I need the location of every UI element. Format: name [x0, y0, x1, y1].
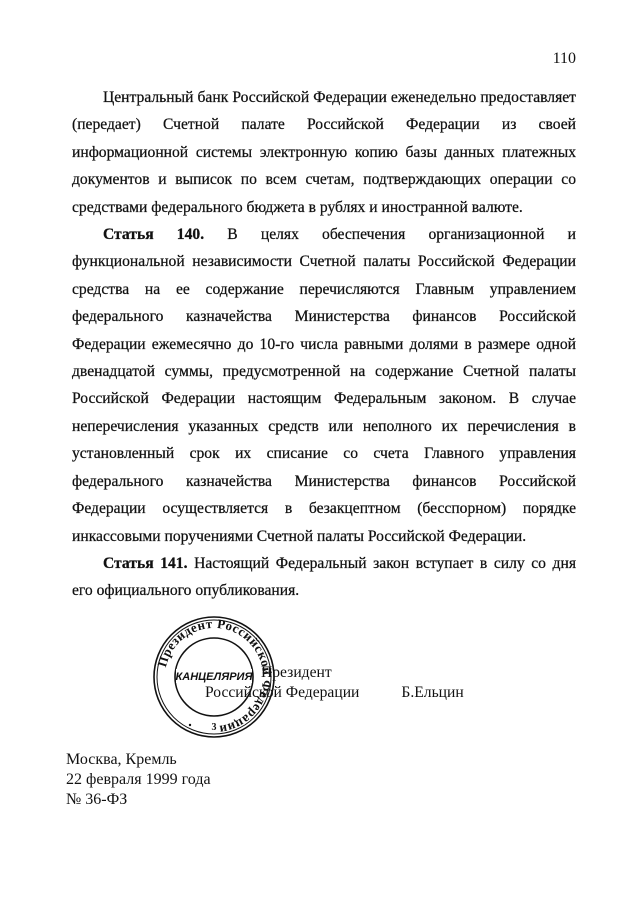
paragraph-cbr-data: Центральный банк Российской Федерации еж… [72, 84, 576, 221]
article-text: В целях обеспечения организационной и фу… [72, 226, 576, 544]
document-body: Центральный банк Российской Федерации еж… [72, 84, 576, 605]
law-number: № 36-ФЗ [66, 790, 211, 810]
page-number: 110 [553, 50, 576, 68]
article-140: Статья 140. В целях обеспечения организа… [72, 221, 576, 550]
article-label: Статья 140. [103, 226, 204, 243]
stamp-center-text: КАНЦЕЛЯРИЯ [176, 671, 254, 683]
signing-date: 22 февраля 1999 года [66, 770, 211, 790]
article-label: Статья 141. [103, 555, 188, 572]
signatory-name: Б.Ельцин [401, 683, 463, 703]
document-footer: Москва, Кремль 22 февраля 1999 года № 36… [66, 750, 211, 810]
signing-place: Москва, Кремль [66, 750, 211, 770]
paragraph-text: Центральный банк Российской Федерации еж… [72, 89, 576, 216]
article-141: Статья 141. Настоящий Федеральный закон … [72, 550, 576, 605]
document-page: 110 Центральный банк Российской Федераци… [0, 0, 640, 900]
official-seal-stamp-icon: Президент Российской Федерации КАНЦЕЛЯРИ… [152, 615, 276, 739]
svg-text:3: 3 [212, 722, 217, 733]
